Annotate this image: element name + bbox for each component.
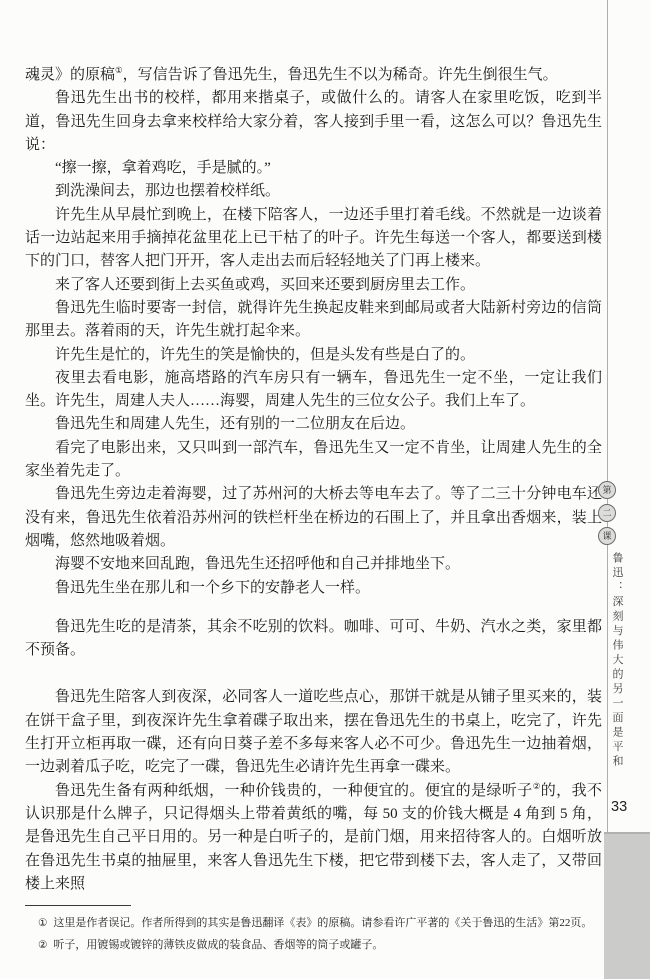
paragraph: 鲁迅先生坐在那儿和一个乡下的安静老人一样。	[25, 577, 602, 600]
footnote-ref: ②	[533, 781, 541, 791]
page-number: 33	[611, 799, 627, 815]
footnotes: ①这里是作者误记。作者所得到的其实是鲁迅翻译《表》的原稿。请参看许广平著的《关于…	[25, 913, 602, 956]
paragraph: 海婴不安地来回乱跑，鲁迅先生还招呼他和自己并排地坐下。	[25, 553, 602, 576]
footnote-marker: ①	[38, 918, 47, 929]
sidebar-lesson-title: 鲁迅：深刻与伟大的另一面是平和	[609, 552, 625, 770]
paragraph: 看完了电影出来，又只叫到一部汽车，鲁迅先生又一定不肯坐，让周建人先生的全家坐着先…	[25, 437, 602, 484]
lesson-badge-circle: 二	[598, 504, 616, 522]
footnote-text: 听子，用镀锡或镀锌的薄铁皮做成的装食品、香烟等的筒子或罐子。	[53, 939, 383, 951]
paragraph: “擦一擦，拿着鸡吃，手是腻的。”	[25, 157, 602, 180]
paragraph: 鲁迅先生备有两种纸烟，一种价钱贵的，一种便宜的。便宜的是绿听子②的，我不认识那是…	[25, 780, 602, 896]
paragraph: 许先生是忙的，许先生的笑是愉快的，但是头发有些是白了的。	[25, 344, 602, 367]
article-body: 魂灵》的原稿①，写信告诉了鲁迅先生，鲁迅先生不以为稀奇。许先生倒很生气。鲁迅先生…	[25, 64, 602, 896]
paragraph: 来了客人还要到街上去买鱼或鸡，买回来还要到厨房里去工作。	[25, 274, 602, 297]
lesson-badge: 第二课	[598, 481, 616, 545]
paragraph: 鲁迅先生临时要寄一封信，就得许先生换起皮鞋来到邮局或者大陆新村旁边的信筒那里去。…	[25, 297, 602, 344]
footnote-divider	[25, 905, 131, 906]
paragraph: 夜里去看电影，施高塔路的汽车房只有一辆车，鲁迅先生一定不坐，一定让我们坐。许先生…	[25, 367, 602, 414]
lesson-badge-circle: 第	[598, 481, 616, 499]
paragraph: 鲁迅先生旁边走着海婴，过了苏州河的大桥去等电车去了。等了二三十分钟电车还没有来，…	[25, 483, 602, 553]
book-page: 魂灵》的原稿①，写信告诉了鲁迅先生，鲁迅先生不以为稀奇。许先生倒很生气。鲁迅先生…	[0, 0, 650, 979]
footnote-marker: ②	[38, 940, 47, 951]
paragraph: 鲁迅先生陪客人到夜深，必同客人一道吃些点心，那饼干就是从铺子里买来的，装在饼干盒…	[25, 686, 602, 779]
paragraph: 鲁迅先生吃的是清茶，其余不吃别的饮料。咖啡、可可、牛奶、汽水之类，家里都不预备。	[25, 616, 602, 663]
footnote-ref: ①	[115, 65, 123, 75]
footnote: ②听子，用镀锡或镀锌的薄铁皮做成的装食品、香烟等的筒子或罐子。	[38, 935, 602, 957]
paragraph: 鲁迅先生和周建人先生，还有别的一二位朋友在后边。	[25, 413, 602, 436]
footnote: ①这里是作者误记。作者所得到的其实是鲁迅翻译《表》的原稿。请参看许广平著的《关于…	[38, 913, 602, 935]
sidebar-rule	[607, 0, 608, 833]
lesson-badge-circle: 课	[598, 527, 616, 545]
paragraph: 鲁迅先生出书的校样，都用来揩桌子，或做什么的。请客人在家里吃饭，吃到半道，鲁迅先…	[25, 87, 602, 157]
paragraph: 到洗澡间去，那边也摆着校样纸。	[25, 180, 602, 203]
page-edge-block	[604, 832, 650, 979]
paragraph: 许先生从早晨忙到晚上，在楼下陪客人，一边还手里打着毛线。不然就是一边谈着话一边站…	[25, 204, 602, 274]
paragraph: 魂灵》的原稿①，写信告诉了鲁迅先生，鲁迅先生不以为稀奇。许先生倒很生气。	[25, 64, 602, 87]
article-content: 魂灵》的原稿①，写信告诉了鲁迅先生，鲁迅先生不以为稀奇。许先生倒很生气。鲁迅先生…	[25, 64, 602, 956]
footnote-text: 这里是作者误记。作者所得到的其实是鲁迅翻译《表》的原稿。请参看许广平著的《关于鲁…	[53, 917, 592, 929]
